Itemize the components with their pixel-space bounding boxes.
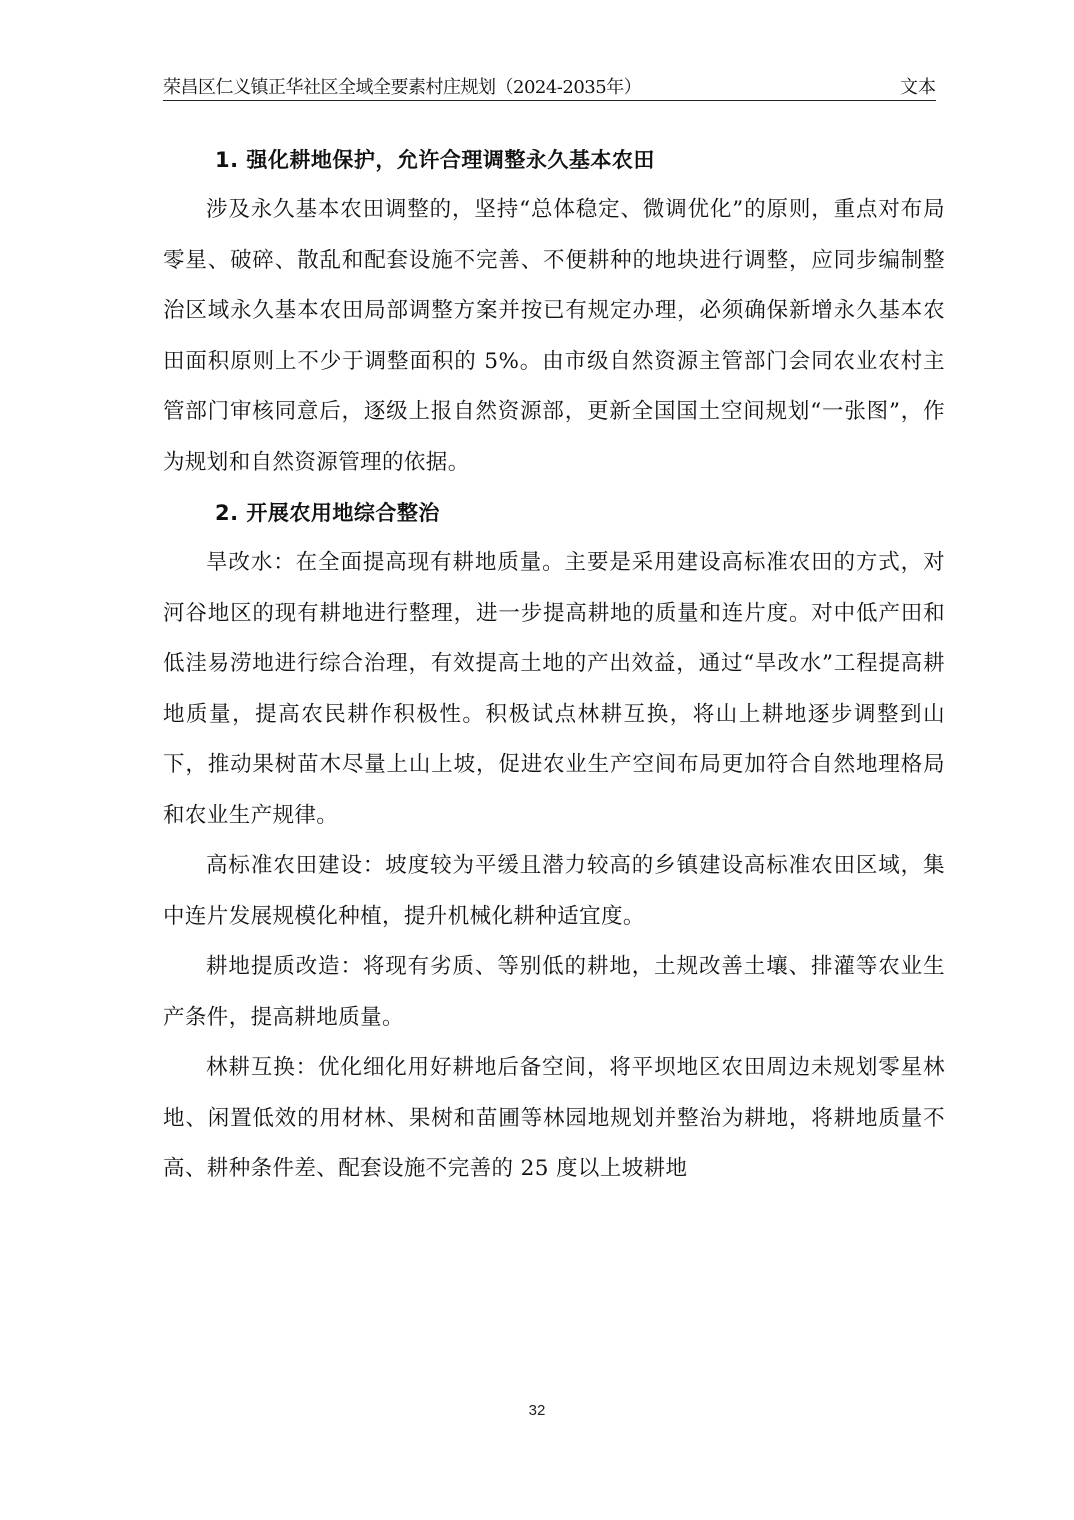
document-type-label: 文本 [900,76,936,100]
section-heading-2: 2. 开展农用地综合整治 [215,488,945,538]
paragraph: 耕地提质改造：将现有劣质、等别低的耕地，土规改善土壤、排灌等农业生产条件，提高耕… [163,942,945,1043]
page-body: 1. 强化耕地保护，允许合理调整永久基本农田 涉及永久基本农田调整的，坚持“总体… [163,135,945,1195]
section-heading-1: 1. 强化耕地保护，允许合理调整永久基本农田 [215,135,945,185]
paragraph: 高标准农田建设：坡度较为平缓且潜力较高的乡镇建设高标准农田区域，集中连片发展规模… [163,841,945,942]
paragraph: 旱改水：在全面提高现有耕地质量。主要是采用建设高标准农田的方式，对河谷地区的现有… [163,538,945,841]
page-number: 32 [0,1402,1074,1419]
document-title: 荣昌区仁义镇正华社区全域全要素村庄规划（2024-2035年） [163,76,641,100]
paragraph: 林耕互换：优化细化用好耕地后备空间，将平坝地区农田周边未规划零星林地、闲置低效的… [163,1043,945,1195]
page-header: 荣昌区仁义镇正华社区全域全要素村庄规划（2024-2035年） 文本 [163,76,936,101]
paragraph: 涉及永久基本农田调整的，坚持“总体稳定、微调优化”的原则，重点对布局零星、破碎、… [163,185,945,488]
